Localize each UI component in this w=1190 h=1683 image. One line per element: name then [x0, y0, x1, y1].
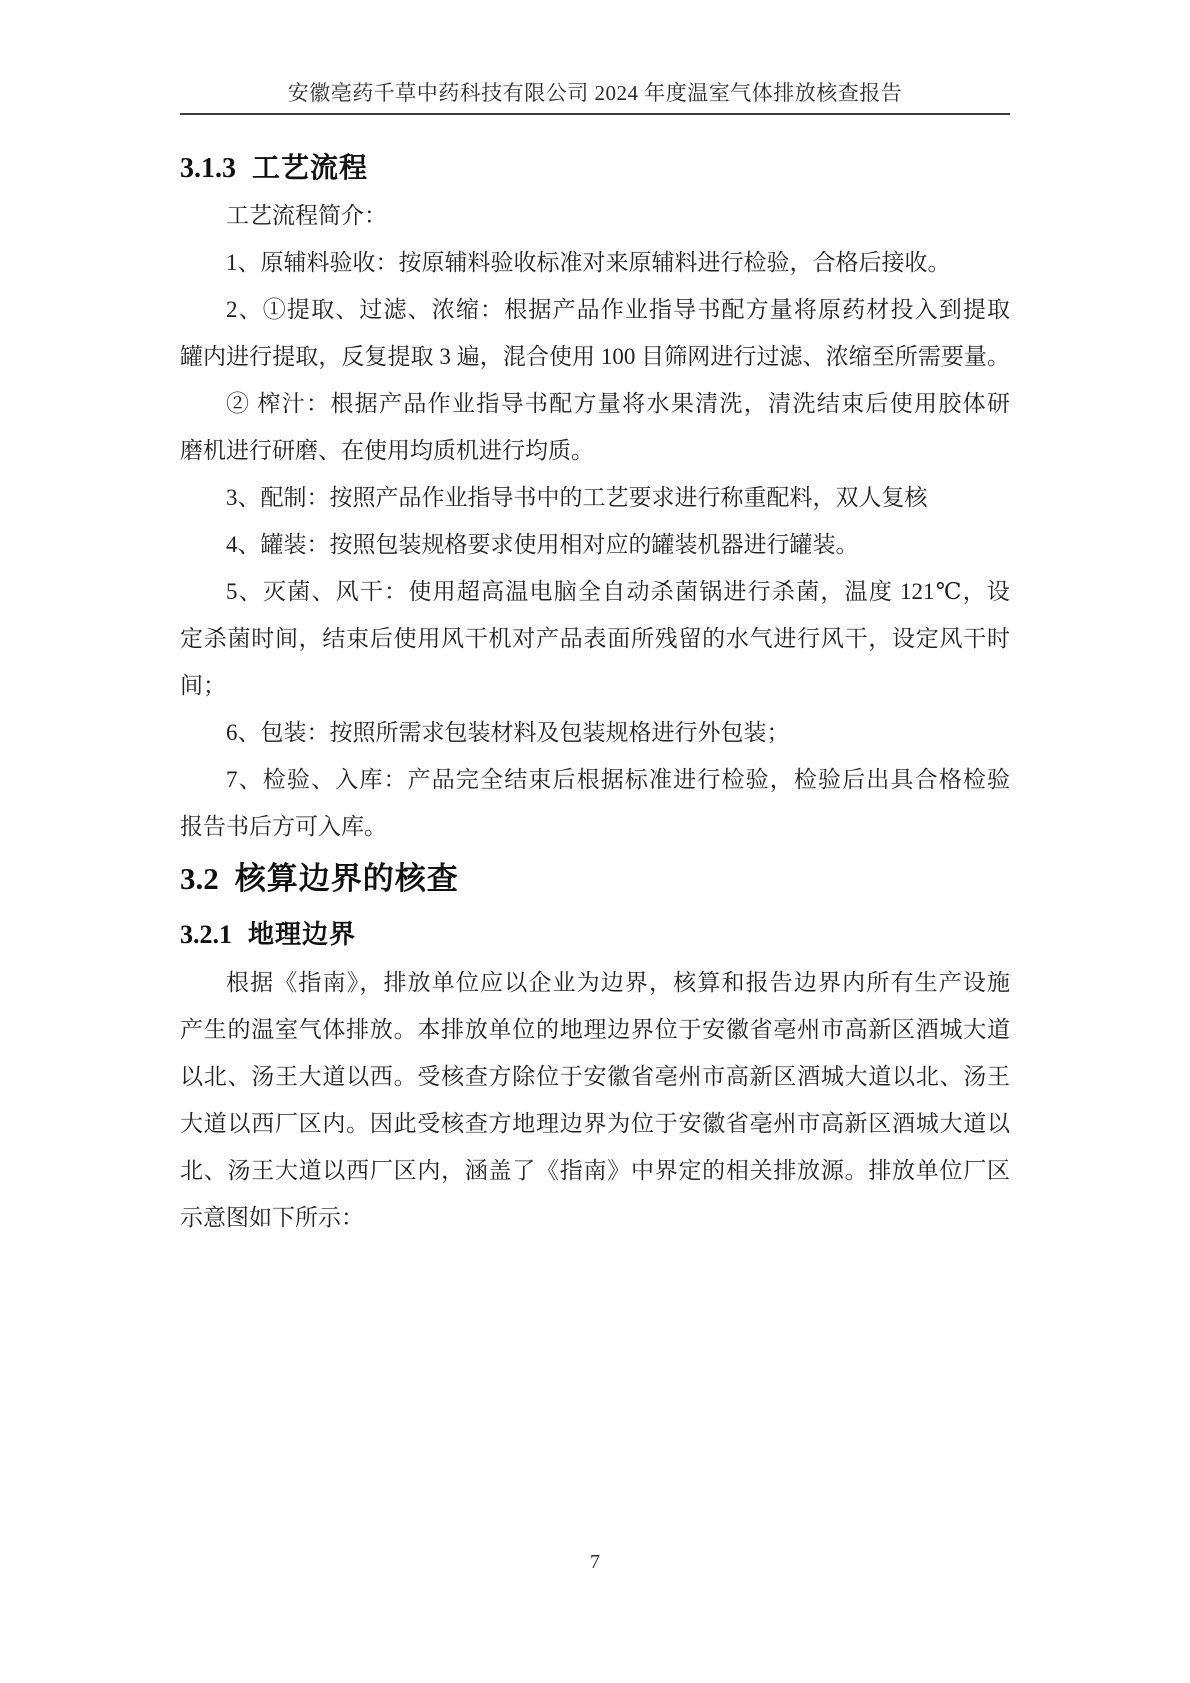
page-body: 3.1.3工艺流程 工艺流程简介： 1、原辅料验收：按原辅料验收标准对来原辅料进…: [180, 151, 1010, 1241]
section-number: 3.2: [180, 861, 219, 896]
process-paragraphs: 工艺流程简介： 1、原辅料验收：按原辅料验收标准对来原辅料进行检验，合格后接收。…: [180, 192, 1010, 850]
paragraph-line: 产生的温室气体排放。本排放单位的地理边界位于安徽省亳州市高新区酒城大道: [180, 1006, 1010, 1053]
paragraph-line: 1、原辅料验收：按原辅料验收标准对来原辅料进行检验，合格后接收。: [180, 239, 1010, 286]
section-title: 地理边界: [248, 919, 356, 949]
paragraph-line: 北、汤王大道以西厂区内，涵盖了《指南》中界定的相关排放源。排放单位厂区: [180, 1147, 1010, 1194]
paragraph-line: 7、检验、入库：产品完全结束后根据标准进行检验，检验后出具合格检验: [180, 756, 1010, 803]
paragraph-line: 磨机进行研磨、在使用均质机进行均质。: [180, 427, 1010, 474]
paragraph-line: 2、①提取、过滤、浓缩：根据产品作业指导书配方量将原药材投入到提取: [180, 286, 1010, 333]
section-heading-boundary-check: 3.2核算边界的核查: [180, 860, 1010, 898]
paragraph-line: 示意图如下所示：: [180, 1194, 1010, 1241]
page-header: 安徽亳药千草中药科技有限公司 2024 年度温室气体排放核查报告: [180, 0, 1010, 115]
paragraph-line: 工艺流程简介：: [180, 192, 1010, 239]
section-number: 3.1.3: [180, 153, 236, 184]
paragraph-line: 罐内进行提取，反复提取 3 遍，混合使用 100 目筛网进行过滤、浓缩至所需要量…: [180, 333, 1010, 380]
report-title: 安徽亳药千草中药科技有限公司 2024 年度温室气体排放核查报告: [180, 80, 1010, 106]
document-page: 安徽亳药千草中药科技有限公司 2024 年度温室气体排放核查报告 3.1.3工艺…: [0, 0, 1190, 1683]
paragraph-line: 以北、汤王大道以西。受核查方除位于安徽省亳州市高新区酒城大道以北、汤王: [180, 1053, 1010, 1100]
section-heading-process: 3.1.3工艺流程: [180, 151, 1010, 186]
paragraph-line: 大道以西厂区内。因此受核查方地理边界为位于安徽省亳州市高新区酒城大道以: [180, 1100, 1010, 1147]
paragraph-line: 间；: [180, 662, 1010, 709]
paragraph-line: 4、罐装：按照包装规格要求使用相对应的罐装机器进行罐装。: [180, 521, 1010, 568]
paragraph-line: 5、灭菌、风干：使用超高温电脑全自动杀菌锅进行杀菌，温度 121℃，设: [180, 568, 1010, 615]
section-heading-geo-boundary: 3.2.1地理边界: [180, 918, 1010, 951]
page-number: 7: [0, 1550, 1190, 1574]
paragraph-line: 6、包装：按照所需求包装材料及包装规格进行外包装；: [180, 709, 1010, 756]
paragraph-line: ② 榨汁：根据产品作业指导书配方量将水果清洗，清洗结束后使用胶体研: [180, 380, 1010, 427]
geo-boundary-paragraphs: 根据《指南》，排放单位应以企业为边界，核算和报告边界内所有生产设施 产生的温室气…: [180, 959, 1010, 1241]
paragraph-line: 定杀菌时间，结束后使用风干机对产品表面所残留的水气进行风干，设定风干时: [180, 615, 1010, 662]
paragraph-line: 报告书后方可入库。: [180, 803, 1010, 850]
section-title: 核算边界的核查: [235, 861, 459, 896]
paragraph-line: 3、配制：按照产品作业指导书中的工艺要求进行称重配料，双人复核: [180, 474, 1010, 521]
section-title: 工艺流程: [252, 152, 368, 183]
paragraph-line: 根据《指南》，排放单位应以企业为边界，核算和报告边界内所有生产设施: [180, 959, 1010, 1006]
section-number: 3.2.1: [180, 920, 232, 949]
